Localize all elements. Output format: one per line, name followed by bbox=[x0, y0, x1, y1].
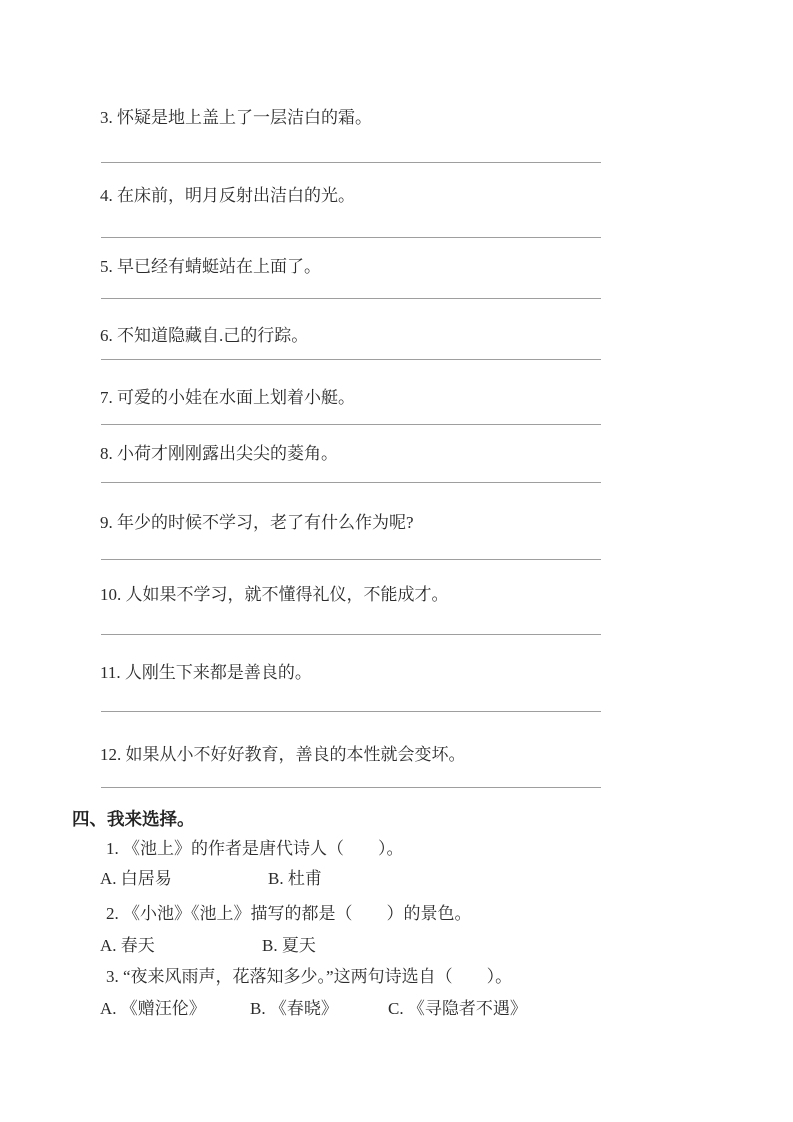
fill-item-6-text: 6. 不知道隐藏自.己的行踪。 bbox=[100, 325, 308, 347]
fill-item-11-answer-line[interactable] bbox=[101, 711, 601, 712]
fill-item-8-answer-line[interactable] bbox=[101, 482, 601, 483]
fill-item-12-answer-line[interactable] bbox=[101, 787, 601, 788]
choice-q1-option-b[interactable]: B. 杜甫 bbox=[268, 868, 322, 890]
choice-question-1: 1. 《池上》的作者是唐代诗人（ ）。 bbox=[106, 838, 404, 860]
choice-question-2: 2. 《小池》《池上》描写的都是（ ）的景色。 bbox=[106, 903, 472, 925]
fill-item-12-text: 12. 如果从小不好好教育，善良的本性就会变坏。 bbox=[100, 744, 466, 766]
choice-section-heading: 四、我来选择。 bbox=[72, 806, 195, 831]
choice-q2-option-a[interactable]: A. 春天 bbox=[100, 935, 155, 957]
fill-item-9-text: 9. 年少的时候不学习，老了有什么作为呢? bbox=[100, 512, 414, 534]
fill-item-4-answer-line[interactable] bbox=[101, 237, 601, 238]
fill-item-10-answer-line[interactable] bbox=[101, 634, 601, 635]
choice-q3-option-c[interactable]: C. 《寻隐者不遇》 bbox=[388, 998, 527, 1020]
fill-item-4-text: 4. 在床前，明月反射出洁白的光。 bbox=[100, 185, 355, 207]
fill-item-7-answer-line[interactable] bbox=[101, 424, 601, 425]
choice-q3-option-b[interactable]: B. 《春晓》 bbox=[250, 998, 338, 1020]
fill-item-7-text: 7. 可爱的小娃在水面上划着小艇。 bbox=[100, 387, 355, 409]
fill-item-5-answer-line[interactable] bbox=[101, 298, 601, 299]
fill-item-3-answer-line[interactable] bbox=[101, 162, 601, 163]
fill-item-11-text: 11. 人刚生下来都是善良的。 bbox=[100, 662, 312, 684]
fill-item-8-text: 8. 小荷才刚刚露出尖尖的菱角。 bbox=[100, 443, 338, 465]
worksheet-page: 3. 怀疑是地上盖上了一层洁白的霜。 4. 在床前，明月反射出洁白的光。 5. … bbox=[0, 0, 793, 1122]
fill-item-6-answer-line[interactable] bbox=[101, 359, 601, 360]
fill-item-9-answer-line[interactable] bbox=[101, 559, 601, 560]
choice-question-3: 3. “夜来风雨声，花落知多少。”这两句诗选自（ ）。 bbox=[106, 966, 512, 988]
choice-q1-option-a[interactable]: A. 白居易 bbox=[100, 868, 172, 890]
fill-item-3-text: 3. 怀疑是地上盖上了一层洁白的霜。 bbox=[100, 107, 372, 129]
choice-q2-option-b[interactable]: B. 夏天 bbox=[262, 935, 316, 957]
fill-item-10-text: 10. 人如果不学习，就不懂得礼仪，不能成才。 bbox=[100, 584, 449, 606]
fill-item-5-text: 5. 早已经有蜻蜓站在上面了。 bbox=[100, 256, 321, 278]
choice-q3-option-a[interactable]: A. 《赠汪伦》 bbox=[100, 998, 206, 1020]
